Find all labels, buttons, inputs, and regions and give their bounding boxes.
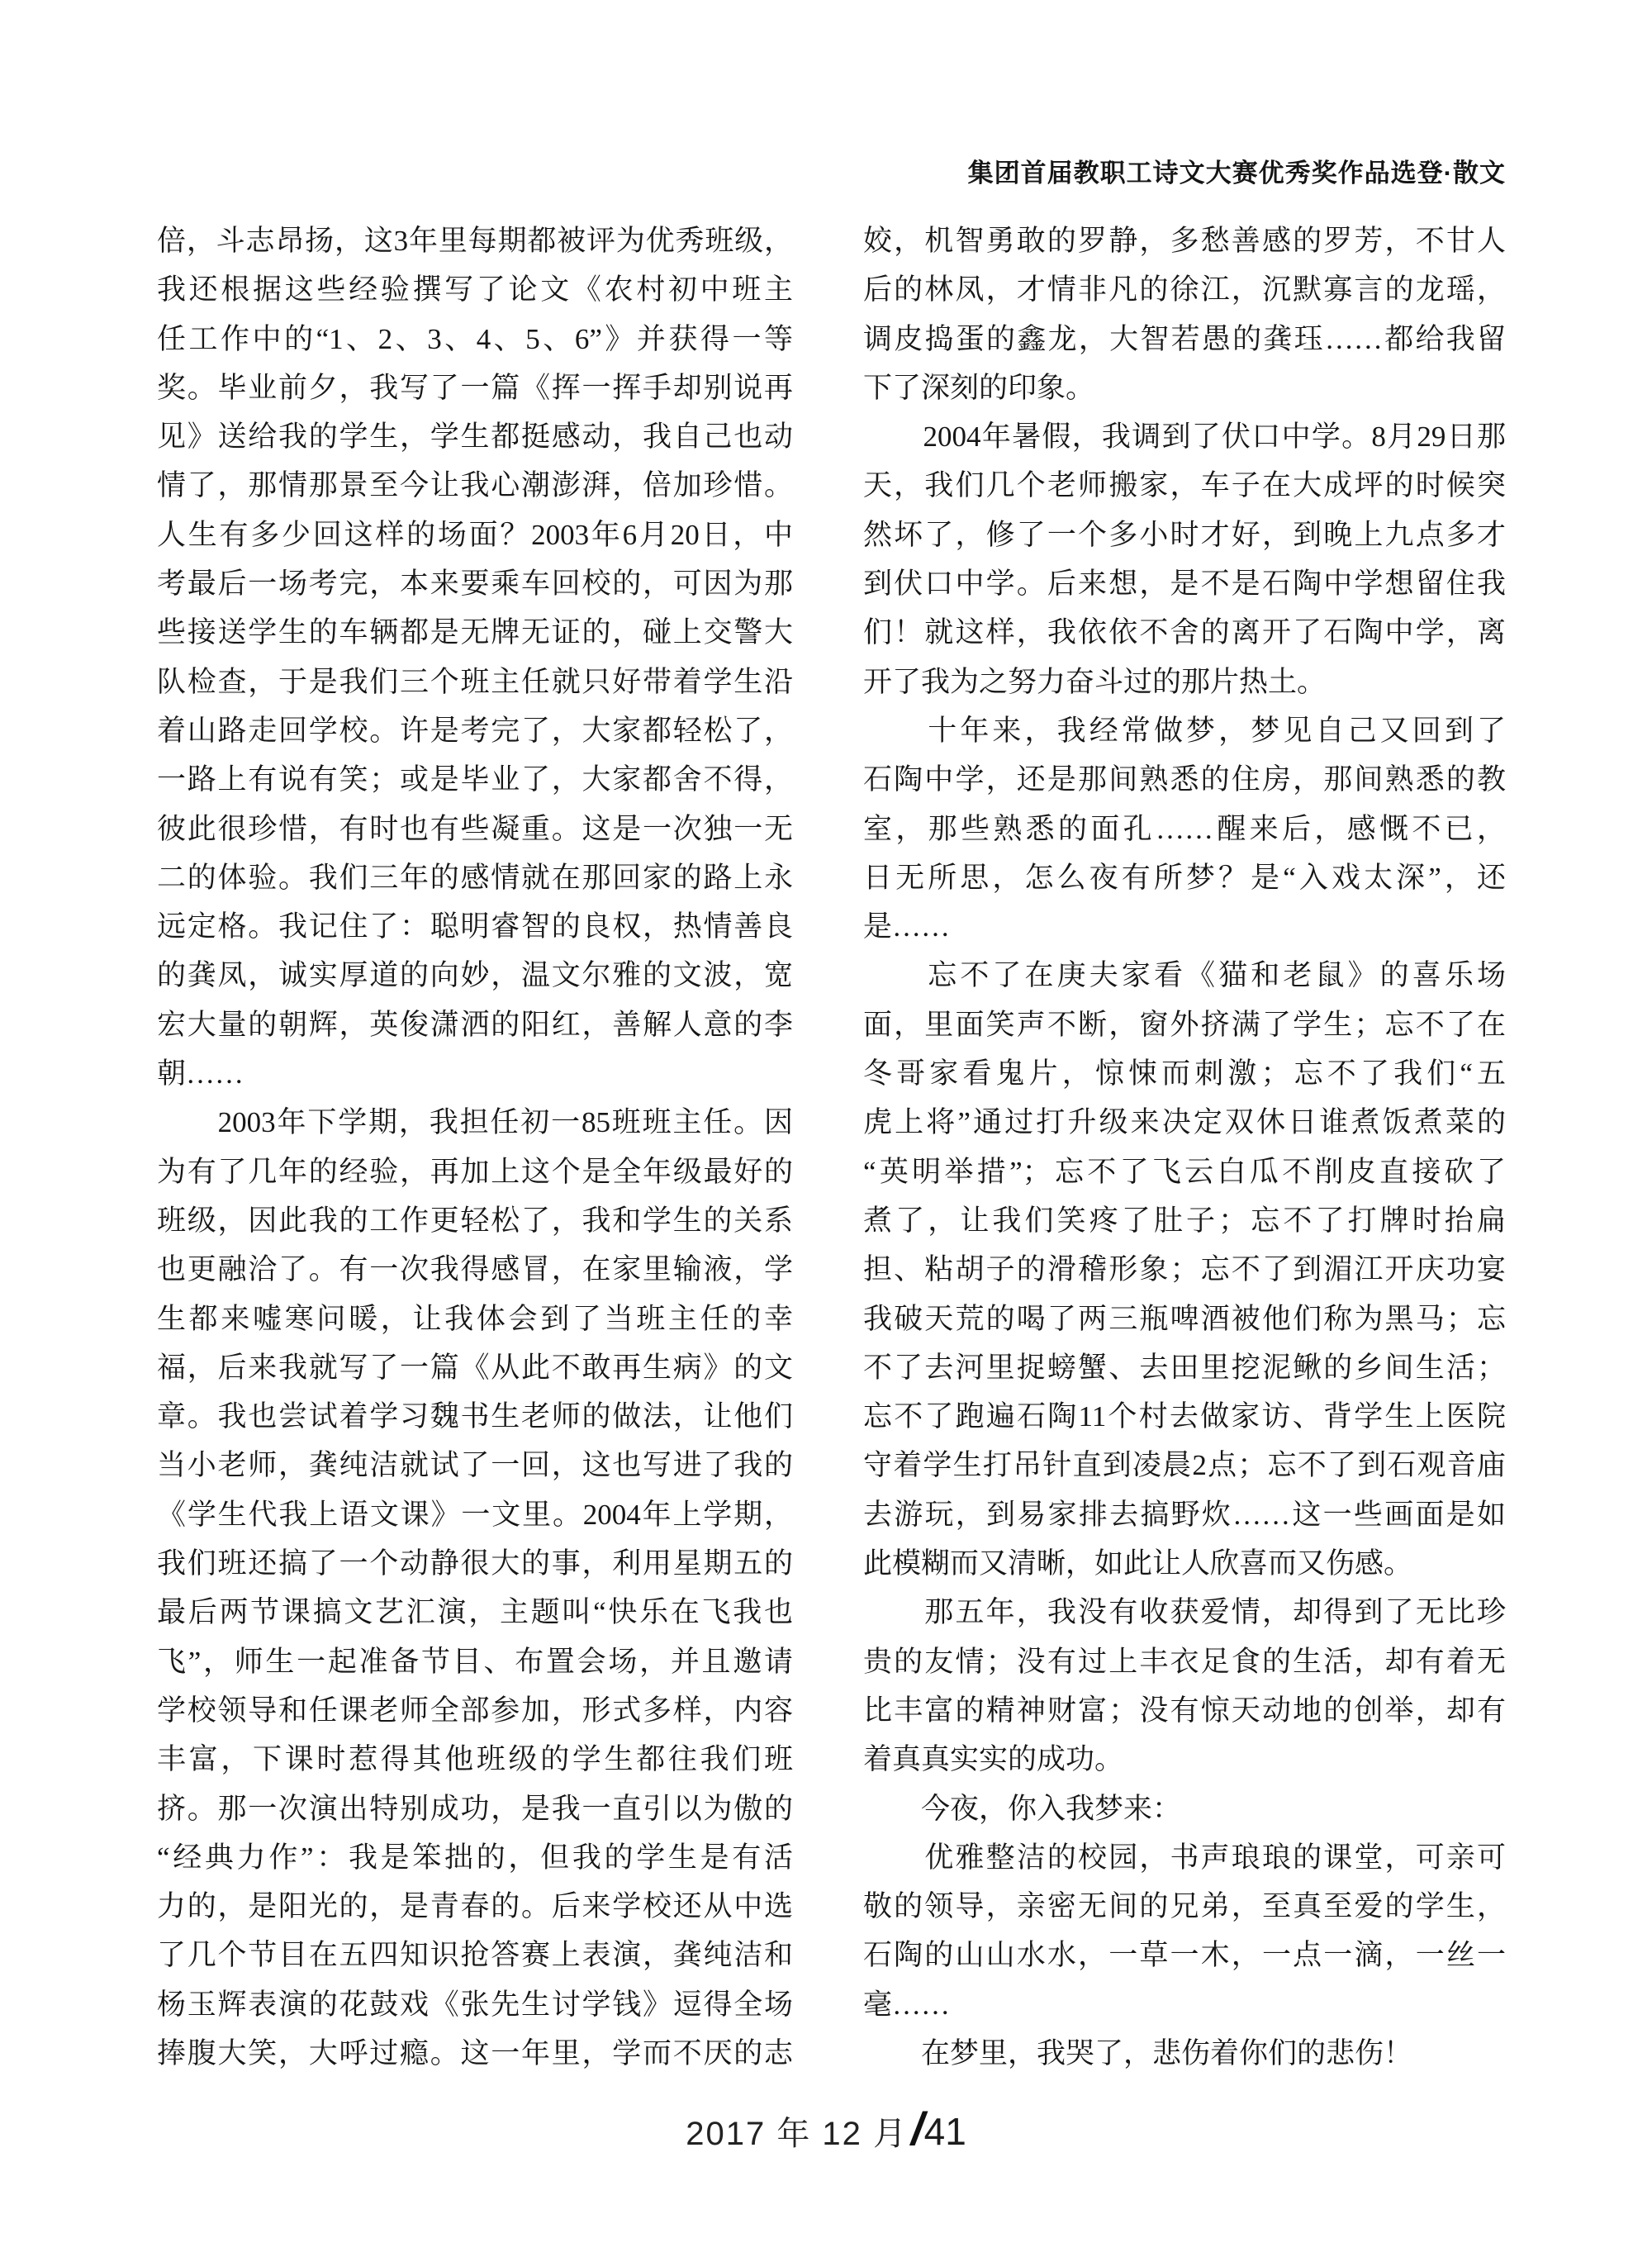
text-line: 忘不了跑遍石陶11个村去做家访、背学生上医院: [863, 1392, 1506, 1441]
text-line: 到伏口中学。后来想，是不是石陶中学想留住我: [863, 559, 1506, 608]
text-line: 贵的友情；没有过上丰衣足食的生活，却有着无: [863, 1637, 1506, 1686]
text-line: 最后两节课搞文艺汇演，主题叫“快乐在飞我也: [157, 1588, 793, 1637]
text-line: 奖。毕业前夕，我写了一篇《挥一挥手却别说再: [157, 363, 793, 412]
text-line: 守着学生打吊针直到凌晨2点；忘不了到石观音庙: [863, 1441, 1506, 1490]
text-line: 二的体验。我们三年的感情就在那回家的路上永: [157, 853, 793, 902]
text-line: 朝……: [157, 1049, 793, 1098]
text-line: 些接送学生的车辆都是无牌无证的，碰上交警大: [157, 608, 793, 657]
text-line: 敬的领导，亲密无间的兄弟，至真至爱的学生，: [863, 1882, 1506, 1931]
text-line: 不了去河里捉螃蟹、去田里挖泥鳅的乡间生活；: [863, 1343, 1506, 1392]
text-line: 宏大量的朝辉，英俊潇洒的阳红，善解人意的李: [157, 1000, 793, 1049]
text-line: 任工作中的“1、2、3、4、5、6”》并获得一等: [157, 315, 793, 363]
left-text-column: 倍，斗志昂扬，这3年里每期都被评为优秀班级，我还根据这些经验撰写了论文《农村初中…: [157, 216, 793, 2078]
text-line: 面，里面笑声不断，窗外挤满了学生；忘不了在: [863, 1000, 1506, 1049]
text-line: 2004年暑假，我调到了伏口中学。8月29日那: [863, 412, 1506, 461]
text-line: 情了，那情那景至今让我心潮澎湃，倍加珍惜。: [157, 461, 793, 510]
text-line: 力的，是阳光的，是青春的。后来学校还从中选: [157, 1882, 793, 1931]
text-line: 日无所思，怎么夜有所梦？是“入戏太深”，还: [863, 853, 1506, 902]
right-text-column: 姣，机智勇敢的罗静，多愁善感的罗芳，不甘人后的林凤，才情非凡的徐江，沉默寡言的龙…: [863, 216, 1506, 2078]
text-line: 着山路走回学校。许是考完了，大家都轻松了，: [157, 706, 793, 755]
text-line: 考最后一场考完，本来要乘车回校的，可因为那: [157, 559, 793, 608]
text-line: 十年来，我经常做梦，梦见自己又回到了: [863, 706, 1506, 755]
text-line: 着真真实实的成功。: [863, 1735, 1506, 1784]
text-line: 石陶的山山水水，一草一木，一点一滴，一丝一: [863, 1931, 1506, 1979]
text-line: 去游玩，到易家排去搞野炊……这一些画面是如: [863, 1490, 1506, 1539]
text-line: 天，我们几个老师搬家，车子在大成坪的时候突: [863, 461, 1506, 510]
text-line: 队检查，于是我们三个班主任就只好带着学生沿: [157, 658, 793, 706]
text-line: 此模糊而又清晰，如此让人欣喜而又伤感。: [863, 1539, 1506, 1588]
page-header-title: 集团首届教职工诗文大赛优秀奖作品选登·散文: [968, 152, 1506, 189]
text-line: 毫……: [863, 1980, 1506, 2029]
text-line: 为有了几年的经验，再加上这个是全年级最好的: [157, 1148, 793, 1196]
text-line: 今夜，你入我梦来：: [863, 1784, 1506, 1833]
text-line: 一路上有说有笑；或是毕业了，大家都舍不得，: [157, 755, 793, 804]
text-line: 飞”，师生一起准备节目、布置会场，并且邀请: [157, 1637, 793, 1686]
text-line: 挤。那一次演出特别成功，是我一直引以为傲的: [157, 1784, 793, 1833]
text-line: “英明举措”；忘不了飞云白瓜不削皮直接砍了: [863, 1148, 1506, 1196]
footer-date: 2017 年 12 月: [686, 2107, 908, 2155]
text-line: 人生有多少回这样的场面？2003年6月20日，中: [157, 511, 793, 559]
text-line: 担、粘胡子的滑稽形象；忘不了到湄江开庆功宴: [863, 1245, 1506, 1294]
text-line: 是……: [863, 902, 1506, 951]
text-line: 丰富，下课时惹得其他班级的学生都往我们班: [157, 1735, 793, 1784]
text-line: 班级，因此我的工作更轻松了，我和学生的关系: [157, 1196, 793, 1245]
text-line: 我们班还搞了一个动静很大的事，利用星期五的: [157, 1539, 793, 1588]
text-line: 优雅整洁的校园，书声琅琅的课堂，可亲可: [863, 1833, 1506, 1882]
text-line: 然坏了，修了一个多小时才好，到晚上九点多才: [863, 511, 1506, 559]
text-line: 室，那些熟悉的面孔……醒来后，感慨不已，: [863, 805, 1506, 853]
text-line: 石陶中学，还是那间熟悉的住房，那间熟悉的教: [863, 755, 1506, 804]
text-line: 2003年下学期，我担任初一85班班主任。因: [157, 1098, 793, 1147]
text-line: 杨玉辉表演的花鼓戏《张先生讨学钱》逗得全场: [157, 1980, 793, 2029]
text-line: 在梦里，我哭了，悲伤着你们的悲伤！: [863, 2029, 1506, 2078]
text-line: 的龚凤，诚实厚道的向妙，温文尔雅的文波，宽: [157, 951, 793, 1000]
text-line: “经典力作”：我是笨拙的，但我的学生是有活: [157, 1833, 793, 1882]
magazine-page: 集团首届教职工诗文大赛优秀奖作品选登·散文 倍，斗志昂扬，这3年里每期都被评为优…: [0, 0, 1652, 2257]
text-line: 后的林凤，才情非凡的徐江，沉默寡言的龙瑶，: [863, 265, 1506, 314]
text-line: 章。我也尝试着学习魏书生老师的做法，让他们: [157, 1392, 793, 1441]
text-line: 虎上将”通过打升级来决定双休日谁煮饭煮菜的: [863, 1098, 1506, 1147]
text-line: 生都来嘘寒问暖，让我体会到了当班主任的幸: [157, 1295, 793, 1343]
footer-slash: /: [911, 2102, 924, 2155]
text-line: 见》送给我的学生，学生都挺感动，我自己也动: [157, 412, 793, 461]
text-line: 调皮捣蛋的鑫龙，大智若愚的龚珏……都给我留: [863, 315, 1506, 363]
text-line: 下了深刻的印象。: [863, 363, 1506, 412]
text-line: 我还根据这些经验撰写了论文《农村初中班主: [157, 265, 793, 314]
text-line: 彼此很珍惜，有时也有些凝重。这是一次独一无: [157, 805, 793, 853]
text-line: 学校领导和任课老师全部参加，形式多样，内容: [157, 1686, 793, 1735]
text-line: 姣，机智勇敢的罗静，多愁善感的罗芳，不甘人: [863, 216, 1506, 265]
text-line: 当小老师，龚纯洁就试了一回，这也写进了我的: [157, 1441, 793, 1490]
text-line: 开了我为之努力奋斗过的那片热土。: [863, 658, 1506, 706]
text-line: 那五年，我没有收获爱情，却得到了无比珍: [863, 1588, 1506, 1637]
text-line: 煮了，让我们笑疼了肚子；忘不了打牌时抬扁: [863, 1196, 1506, 1245]
text-line: 倍，斗志昂扬，这3年里每期都被评为优秀班级，: [157, 216, 793, 265]
text-line: 们！就这样，我依依不舍的离开了石陶中学，离: [863, 608, 1506, 657]
page-footer: 2017 年 12 月 / 41: [0, 2102, 1652, 2155]
text-line: 捧腹大笑，大呼过瘾。这一年里，学而不厌的志: [157, 2029, 793, 2078]
text-line: 《学生代我上语文课》一文里。2004年上学期，: [157, 1490, 793, 1539]
footer-page-number: 41: [924, 2109, 966, 2154]
text-line: 了几个节目在五四知识抢答赛上表演，龚纯洁和: [157, 1931, 793, 1979]
text-line: 也更融洽了。有一次我得感冒，在家里输液，学: [157, 1245, 793, 1294]
text-line: 我破天荒的喝了两三瓶啤酒被他们称为黑马；忘: [863, 1295, 1506, 1343]
text-line: 比丰富的精神财富；没有惊天动地的创举，却有: [863, 1686, 1506, 1735]
text-line: 远定格。我记住了：聪明睿智的良权，热情善良: [157, 902, 793, 951]
text-line: 冬哥家看鬼片，惊悚而刺激；忘不了我们“五: [863, 1049, 1506, 1098]
text-line: 忘不了在庚夫家看《猫和老鼠》的喜乐场: [863, 951, 1506, 1000]
text-line: 福，后来我就写了一篇《从此不敢再生病》的文: [157, 1343, 793, 1392]
